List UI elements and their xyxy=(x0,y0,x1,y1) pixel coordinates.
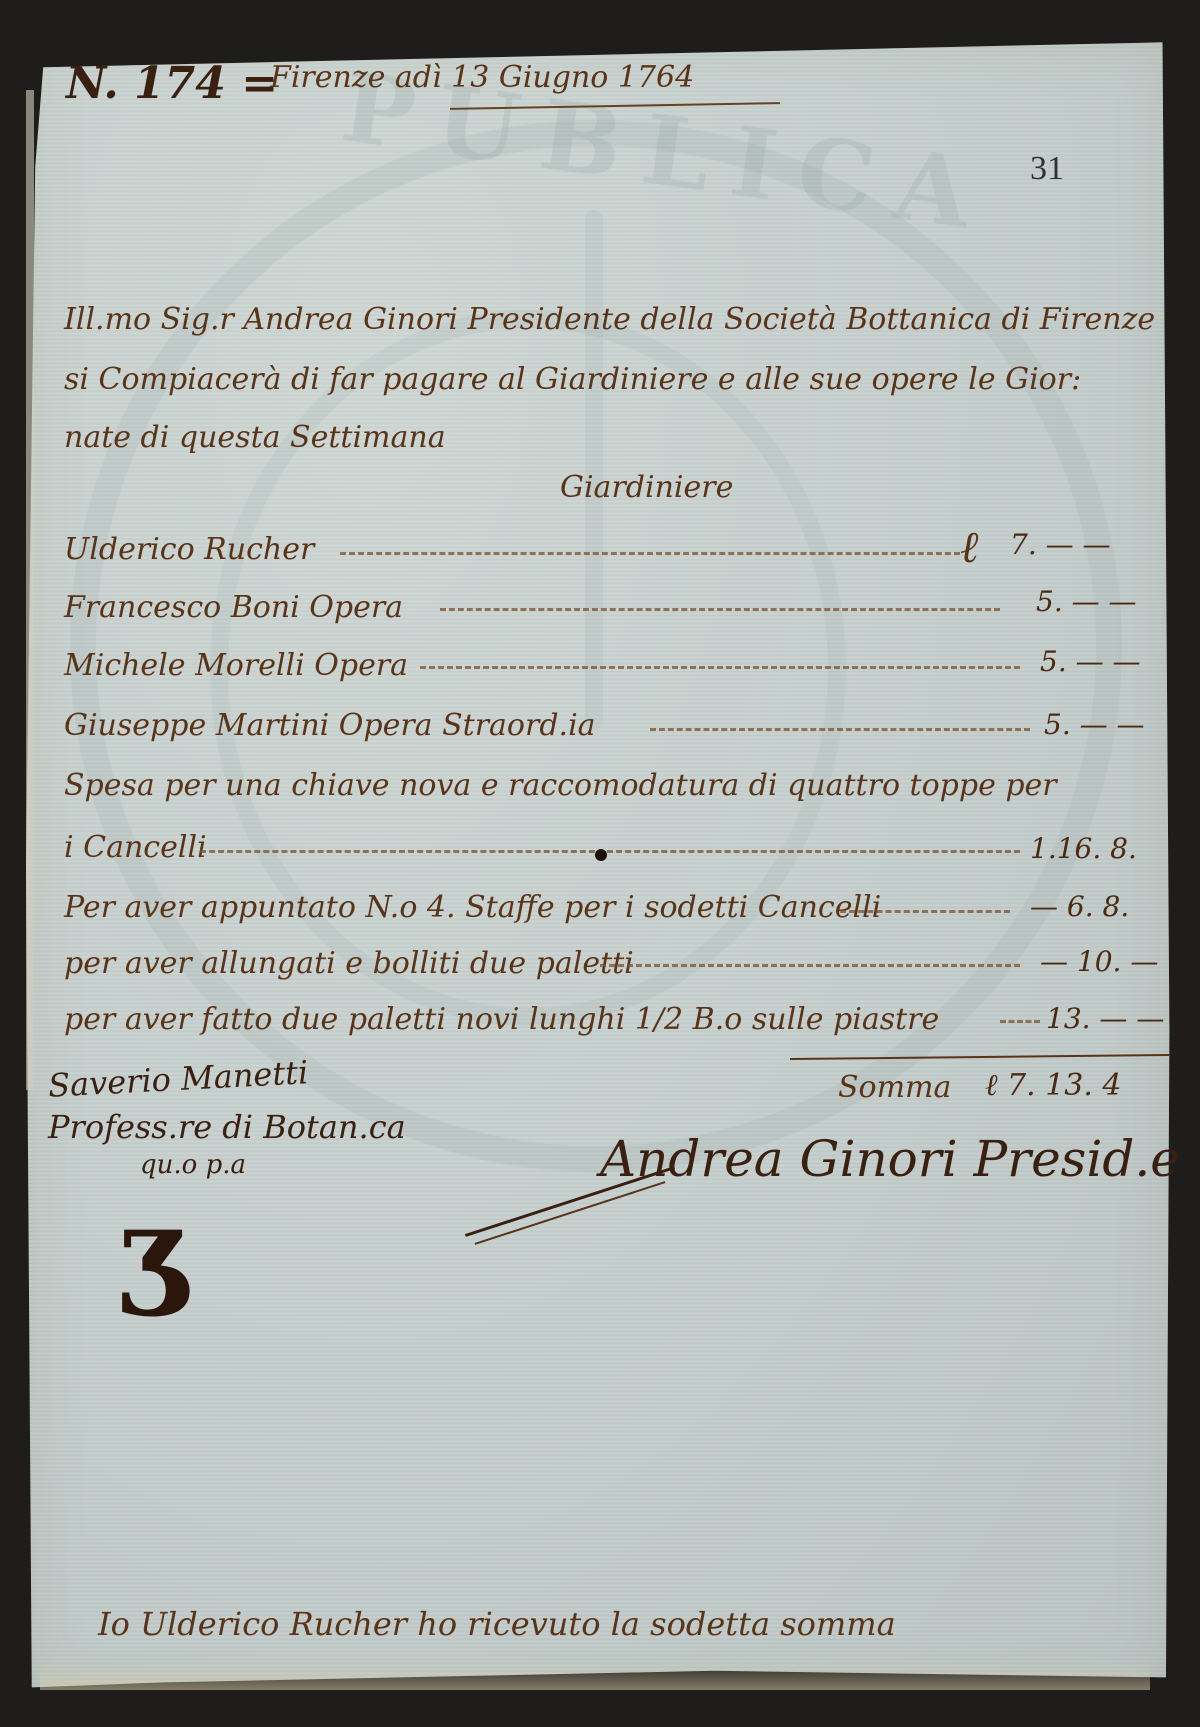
document-number: N. 174 = xyxy=(66,58,278,109)
salutation-line-2: si Compiacerà di far pagare al Giardinie… xyxy=(64,362,1081,397)
total-label: Somma xyxy=(838,1070,951,1105)
entry-label: Spesa per una chiave nova e raccomodatur… xyxy=(64,768,1057,803)
entry-amount: 1.16. 8. xyxy=(1030,832,1137,865)
entry-label: Ulderico Rucher xyxy=(64,532,314,567)
entry-amount: 7. — — xyxy=(1010,528,1111,561)
dotted-leader xyxy=(440,608,1000,613)
dotted-leader xyxy=(600,964,1020,969)
currency-symbol: ℓ xyxy=(960,522,978,573)
approval-note: qu.o p.a xyxy=(140,1150,246,1180)
dotted-leader xyxy=(340,552,960,557)
entry-label: per aver fatto due paletti novi lunghi 1… xyxy=(64,1002,939,1037)
dotted-leader xyxy=(840,910,1010,915)
total-amount: ℓ 7. 13. 4 xyxy=(985,1068,1122,1103)
entry-amount: — 10. — xyxy=(1040,945,1158,978)
entry-amount: 13. — — xyxy=(1046,1002,1164,1035)
entry-label: Per aver appuntato N.o 4. Staffe per i s… xyxy=(64,890,881,925)
approval-mark-icon: ʒ xyxy=(118,1180,186,1321)
paper-edge-bottom xyxy=(40,1660,1150,1690)
dotted-leader xyxy=(1000,1020,1040,1025)
entry-label: Francesco Boni Opera xyxy=(64,590,403,625)
receipt-line: Io Ulderico Rucher ho ricevuto la sodett… xyxy=(98,1605,896,1643)
entry-label: Giuseppe Martini Opera Straord.ia xyxy=(64,708,596,743)
entry-label: per aver allungati e bolliti due paletti xyxy=(64,946,634,981)
dotted-leader xyxy=(650,728,1030,733)
entry-amount: 5. — — xyxy=(1036,585,1137,618)
entry-amount: 5. — — xyxy=(1040,645,1141,678)
dotted-leader xyxy=(200,850,1020,855)
entry-amount: — 6. 8. xyxy=(1030,890,1129,923)
section-title: Giardiniere xyxy=(560,470,733,505)
entry-label: Michele Morelli Opera xyxy=(64,648,408,683)
folio-number: 31 xyxy=(1030,150,1064,188)
signature: Andrea Ginori Presid.e xyxy=(600,1130,1180,1188)
ink-blot xyxy=(595,849,607,861)
approval-title: Profess.re di Botan.ca xyxy=(48,1108,406,1146)
paper-edge-left xyxy=(26,90,34,1090)
entry-label: i Cancelli xyxy=(64,830,207,865)
entry-amount: 5. — — xyxy=(1044,708,1145,741)
document-date: Firenze adì 13 Giugno 1764 xyxy=(270,60,694,95)
salutation-line-3: nate di questa Settimana xyxy=(64,420,446,455)
dotted-leader xyxy=(420,666,1020,671)
salutation-line-1: Ill.mo Sig.r Andrea Ginori Presidente de… xyxy=(64,302,1155,337)
